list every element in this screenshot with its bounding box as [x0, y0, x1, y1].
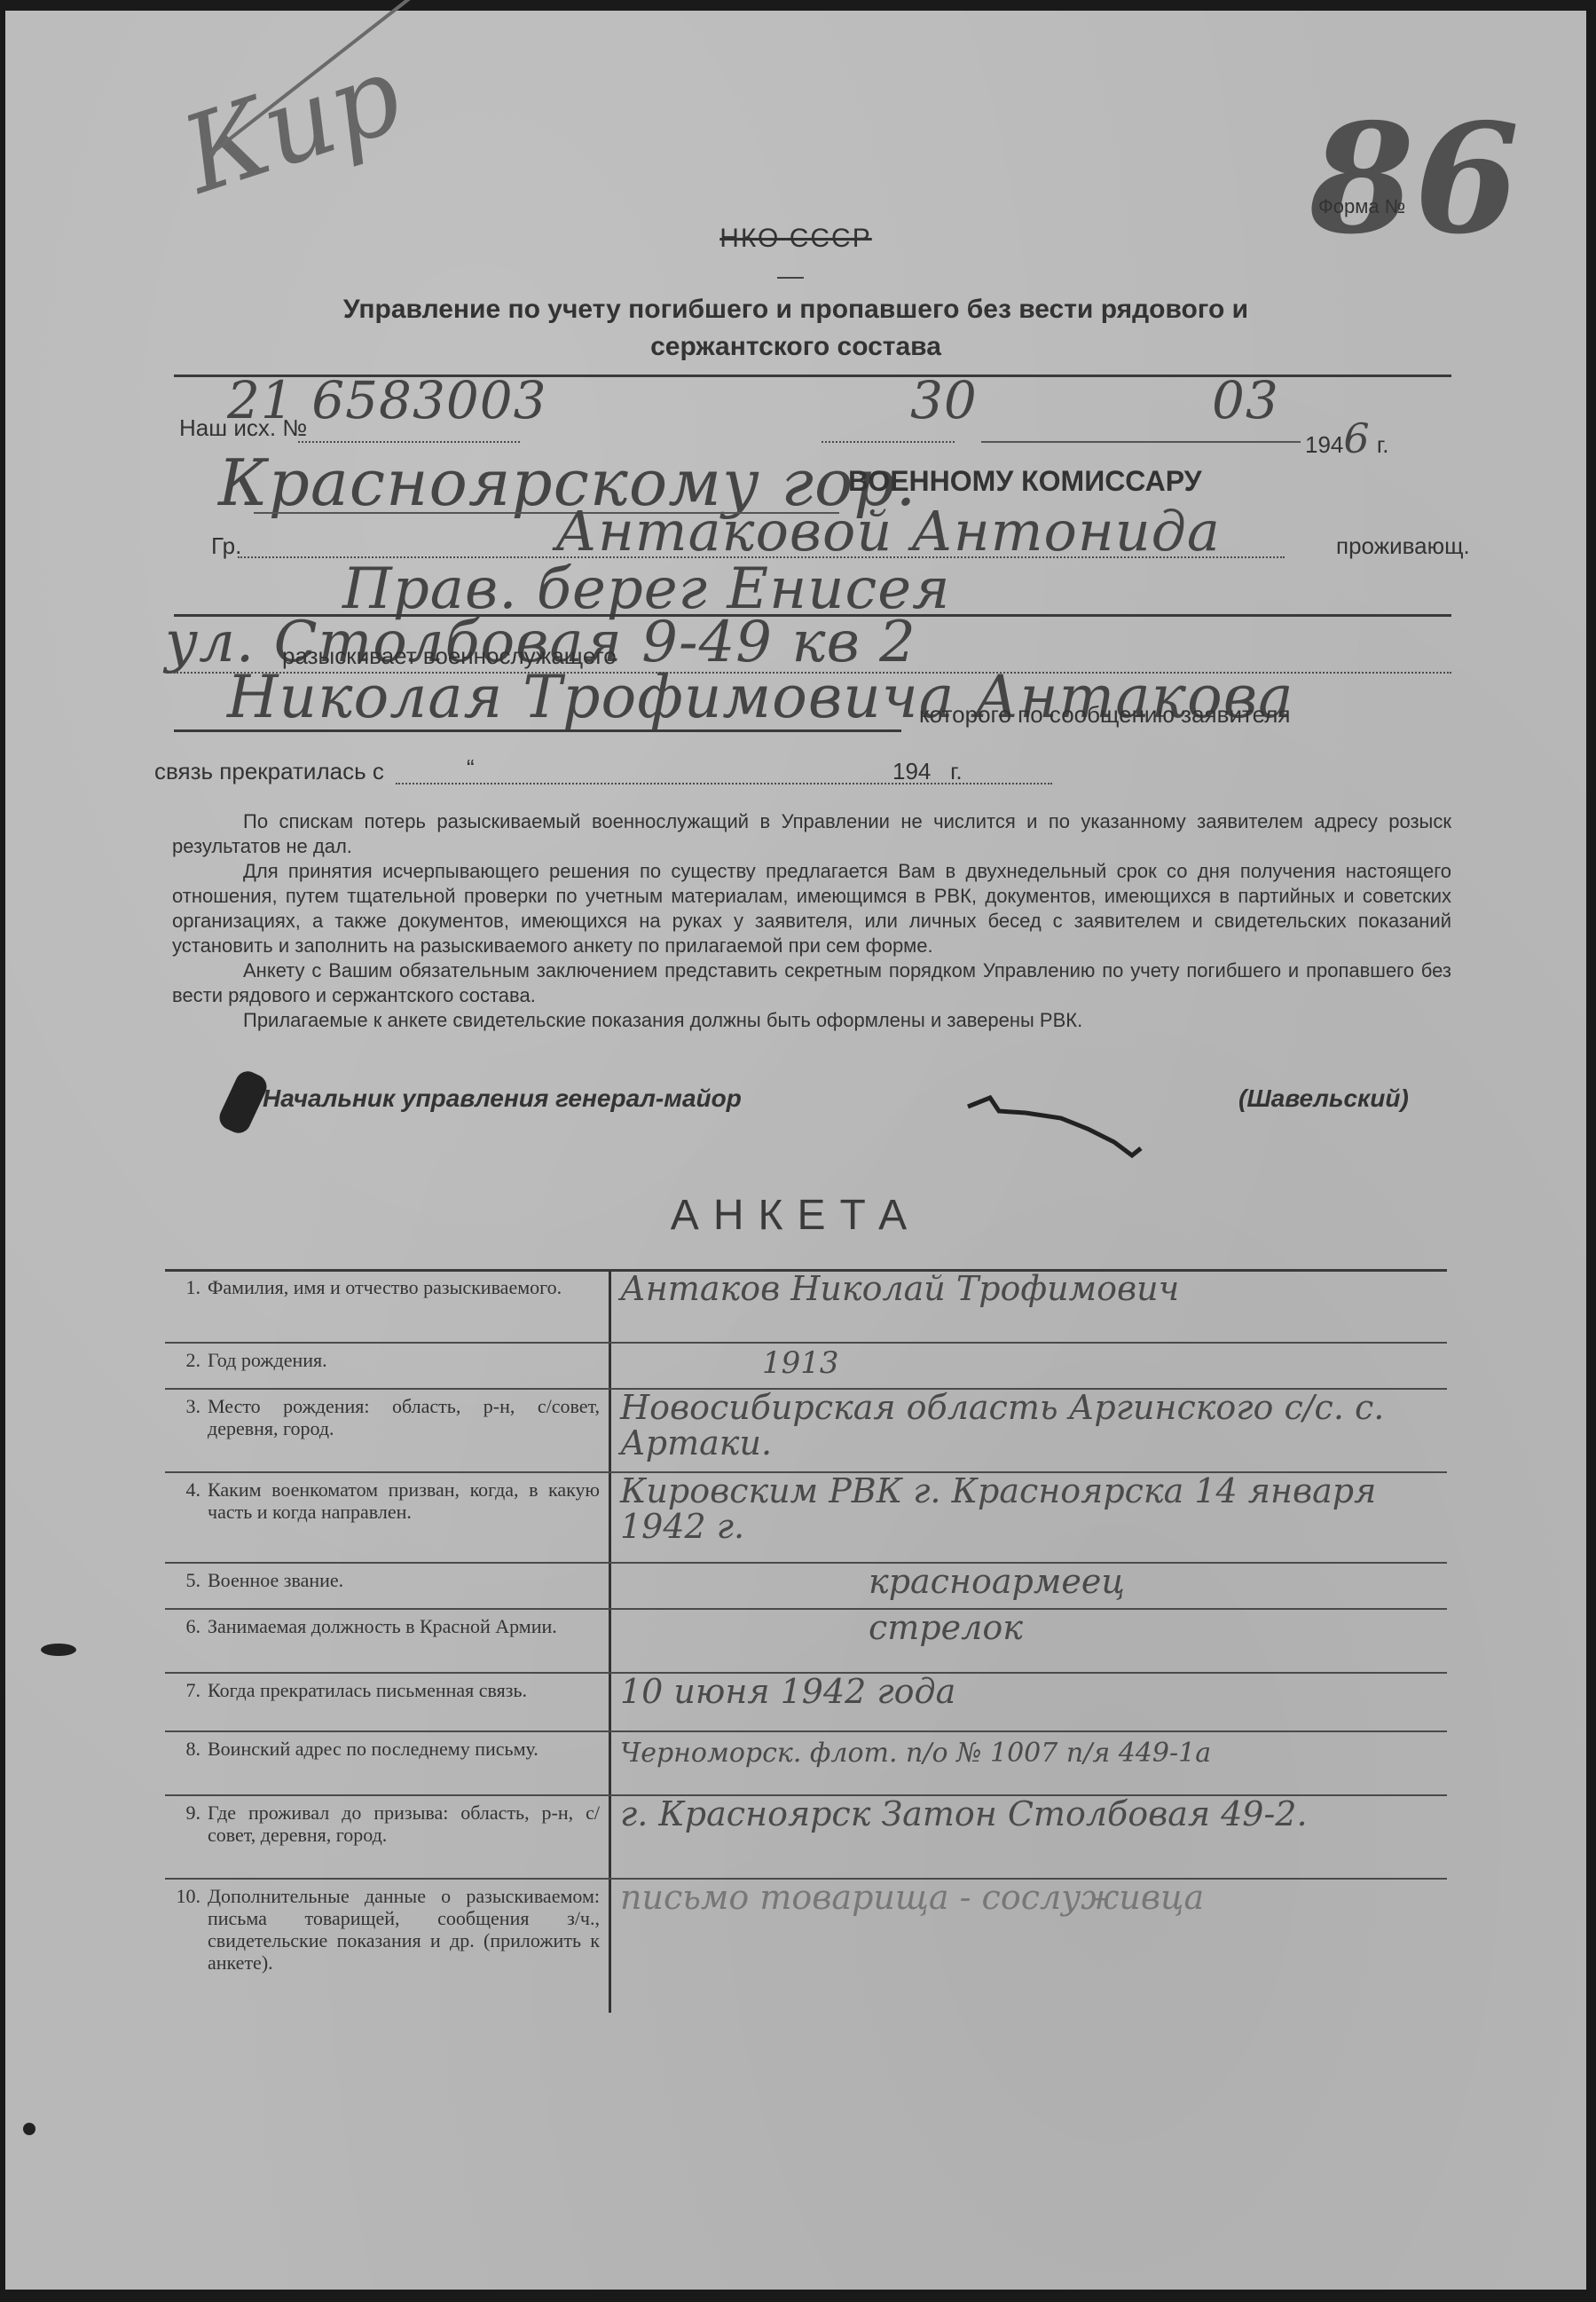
table-row: 4.Каким военкоматом призван, когда, в ка… — [165, 1473, 1447, 1564]
question-cell: 1.Фамилия, имя и отчество разыскиваемого… — [165, 1271, 609, 1342]
question-number: 8. — [174, 1738, 200, 1789]
signature-mark-icon — [963, 1093, 1194, 1129]
signatory-name: (Шавельский) — [1238, 1084, 1409, 1113]
soldier-name-rule — [174, 729, 901, 732]
questionnaire-title: АНКЕТА — [5, 1191, 1586, 1240]
comm-ceased-quote: “ — [467, 754, 475, 782]
table-row: 5.Военное звание. красноармеец — [165, 1564, 1447, 1610]
questionnaire-table: 1.Фамилия, имя и отчество разыскиваемого… — [165, 1271, 1447, 2013]
answer-text: 1913 — [762, 1345, 839, 1381]
answer-cell[interactable]: Новосибирская область Аргинского с/с. с.… — [609, 1390, 1447, 1471]
question-cell: 2.Год рождения. — [165, 1344, 609, 1388]
answer-text: г. Красноярск Затон Столбовая 49-2. — [620, 1794, 1308, 1833]
paragraph-4: Прилагаемые к анкете свидетельские показ… — [172, 1008, 1451, 1033]
answer-text: Кировским РВК г. Красноярска 14 января 1… — [620, 1471, 1376, 1546]
question-number: 5. — [174, 1569, 200, 1603]
applicant-name[interactable]: Антаковой Антонида — [555, 499, 1221, 564]
org-name-struck: НКО СССР — [5, 224, 1586, 254]
question-cell: 8.Воинский адрес по последнему письму. — [165, 1732, 609, 1794]
comm-ceased-year: 194 г. — [892, 758, 963, 785]
question-text: Год рождения. — [208, 1349, 600, 1383]
department-title-line2: сержантского состава — [5, 332, 1586, 362]
question-cell: 3.Место рождения: область, р-н, с/совет,… — [165, 1390, 609, 1471]
table-row: 9.Где проживал до призыва: область, р-н,… — [165, 1796, 1447, 1880]
question-cell: 6.Занимаемая должность в Красной Армии. — [165, 1610, 609, 1672]
question-text: Место рождения: область, р-н, с/совет, д… — [208, 1395, 600, 1466]
question-number: 6. — [174, 1615, 200, 1667]
answer-text: Антаков Николай Трофимович — [620, 1269, 1179, 1308]
table-row: 3.Место рождения: область, р-н, с/совет,… — [165, 1390, 1447, 1473]
question-cell: 10.Дополнительные данные о разыскиваемом… — [165, 1880, 609, 2013]
table-row: 1.Фамилия, имя и отчество разыскиваемого… — [165, 1271, 1447, 1344]
addressee-printed: ВОЕННОМУ КОМИССАРУ — [848, 465, 1202, 498]
document-sheet: Кир 86 Форма № НКО СССР Управление по уч… — [5, 11, 1586, 2290]
signature-block: Начальник управления генерал-майор (Шаве… — [227, 1084, 1451, 1138]
answer-text: стрелок — [869, 1608, 1023, 1647]
reference-month-line — [981, 441, 1301, 443]
header-dash — [777, 277, 804, 279]
answer-cell[interactable]: красноармеец — [609, 1564, 1447, 1608]
answer-text: красноармеец — [869, 1562, 1125, 1601]
reference-day-line — [822, 441, 955, 443]
body-text: По спискам потерь разыскиваемый военносл… — [172, 809, 1451, 1033]
answer-cell[interactable]: Кировским РВК г. Красноярска 14 января 1… — [609, 1473, 1447, 1562]
answer-text: Черноморск. флот. п/о № 1007 п/я 449-1а — [620, 1738, 1211, 1769]
department-title-line1: Управление по учету погибшего и пропавше… — [5, 295, 1586, 325]
question-number: 1. — [174, 1276, 200, 1336]
paragraph-3: Анкету с Вашим обязательным заключением … — [172, 958, 1451, 1008]
question-cell: 7.Когда прекратилась письменная связь. — [165, 1674, 609, 1730]
reference-number-line — [298, 441, 520, 443]
question-number: 7. — [174, 1679, 200, 1725]
comm-ceased-label: связь прекратилась с — [154, 758, 384, 785]
table-row: 2.Год рождения. 1913 — [165, 1344, 1447, 1390]
residence-label: проживающ. — [1336, 532, 1470, 560]
answer-text: Новосибирская область Аргинского с/с. с.… — [620, 1388, 1384, 1462]
answer-cell[interactable]: Черноморск. флот. п/о № 1007 п/я 449-1а — [609, 1732, 1447, 1794]
reference-day[interactable]: 30 — [910, 370, 978, 430]
question-text: Воинский адрес по последнему письму. — [208, 1738, 600, 1789]
question-text: Когда прекратилась письменная связь. — [208, 1679, 600, 1725]
reference-year: 1946 г. — [1305, 414, 1388, 462]
year-printed: 194 — [1305, 431, 1343, 458]
paper-tear-mark — [41, 1644, 76, 1656]
paragraph-1: По спискам потерь разыскиваемый военносл… — [172, 809, 1451, 859]
question-number: 4. — [174, 1478, 200, 1557]
question-text: Занимаемая должность в Красной Армии. — [208, 1615, 600, 1667]
table-row: 6.Занимаемая должность в Красной Армии. … — [165, 1610, 1447, 1674]
reference-number[interactable]: 21 6583003 — [227, 370, 547, 430]
table-row: 8.Воинский адрес по последнему письму. Ч… — [165, 1732, 1447, 1796]
question-text: Военное звание. — [208, 1569, 600, 1603]
table-row: 7.Когда прекратилась письменная связь. 1… — [165, 1674, 1447, 1732]
paper-tear-mark — [23, 2123, 35, 2135]
answer-text: 10 июня 1942 года — [620, 1672, 955, 1711]
reference-month[interactable]: 03 — [1212, 370, 1279, 430]
form-number-label: Форма № — [1318, 195, 1405, 218]
comm-ceased-year-suffix: г. — [950, 758, 963, 784]
answer-cell[interactable]: письмо товарища - сослуживца — [609, 1880, 1447, 2013]
question-number: 10. — [174, 1885, 200, 2007]
question-text: Где проживал до призыва: область, р-н, с… — [208, 1801, 600, 1872]
question-number: 9. — [174, 1801, 200, 1872]
comm-ceased-year-value: 194 — [892, 758, 931, 784]
searching-label-tail: которого по сообщению заявителя — [919, 701, 1290, 729]
pencil-annotation-kir: Кир — [169, 33, 416, 218]
question-cell: 4.Каким военкоматом призван, когда, в ка… — [165, 1473, 609, 1562]
answer-cell[interactable]: 1913 — [609, 1344, 1447, 1388]
question-cell: 5.Военное звание. — [165, 1564, 609, 1608]
answer-cell[interactable]: г. Красноярск Затон Столбовая 49-2. — [609, 1796, 1447, 1878]
signatory-title: Начальник управления генерал-майор — [263, 1084, 742, 1113]
table-row: 10.Дополнительные данные о разыскиваемом… — [165, 1880, 1447, 2013]
question-text: Дополнительные данные о разыскиваемом: п… — [208, 1885, 600, 2007]
question-text: Фамилия, имя и отчество разыскиваемого. — [208, 1276, 600, 1336]
paragraph-2: Для принятия исчерпывающего решения по с… — [172, 859, 1451, 958]
question-number: 3. — [174, 1395, 200, 1466]
year-suffix: г. — [1377, 431, 1389, 458]
answer-cell[interactable]: Антаков Николай Трофимович — [609, 1271, 1447, 1342]
question-cell: 9.Где проживал до призыва: область, р-н,… — [165, 1796, 609, 1878]
year-handwritten[interactable]: 6 — [1343, 414, 1370, 462]
answer-cell[interactable]: стрелок — [609, 1610, 1447, 1672]
answer-cell[interactable]: 10 июня 1942 года — [609, 1674, 1447, 1730]
question-text: Каким военкоматом призван, когда, в каку… — [208, 1478, 600, 1557]
question-number: 2. — [174, 1349, 200, 1383]
answer-text: письмо товарища - сослуживца — [620, 1878, 1204, 1917]
